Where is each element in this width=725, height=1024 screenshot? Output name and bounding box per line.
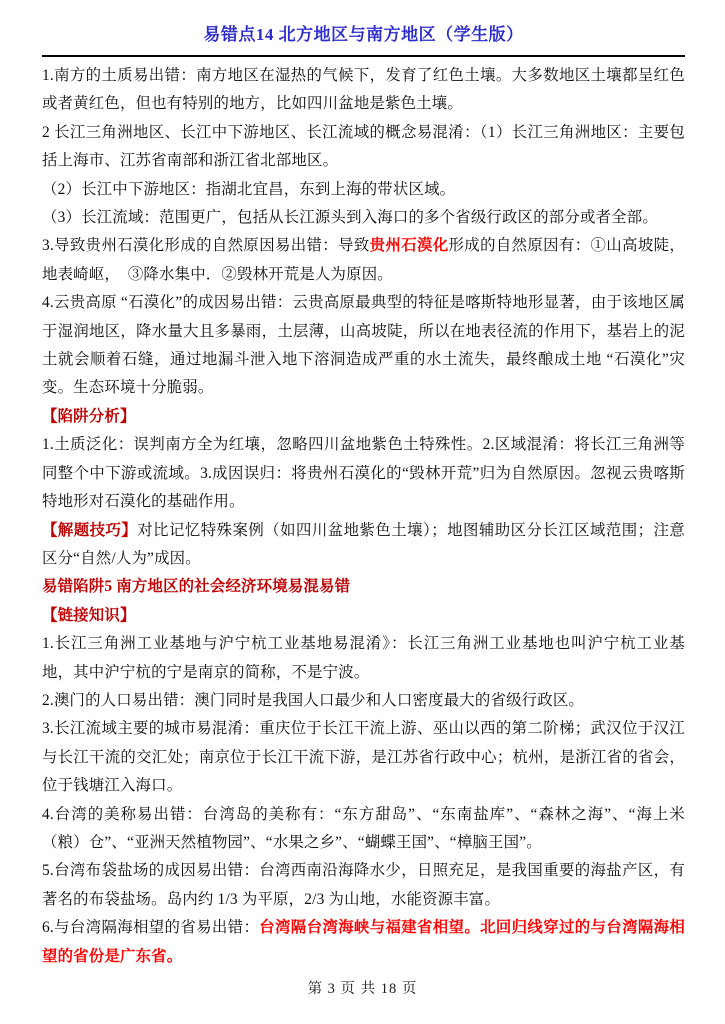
paragraph-taiwan-saltfield: 5.台湾布袋盐场的成因易出错：台湾西南沿海降水少，日照充足，是我国重要的海盐产区…: [42, 857, 685, 914]
paragraph-macau-population: 2.澳门的人口易出错：澳门同时是我国人口最少和人口密度最大的省级行政区。: [42, 687, 685, 715]
paragraph-taiwan-nicknames: 4.台湾的美称易出错：台湾岛的美称有：“东方甜岛”、“东南盐库”、“森林之海”、…: [42, 801, 685, 858]
paragraph-solving-tips: 【解题技巧】对比记忆特殊案例（如四川盆地紫色土壤）；地图辅助区分长江区域范围；注…: [42, 517, 685, 574]
page-title: 易错点14 北方地区与南方地区（学生版）: [42, 20, 685, 45]
paragraph-yangtze-concepts: 2 长江三角洲地区、长江中下游地区、长江流域的概念易混淆：（1）长江三角洲地区：…: [42, 119, 685, 176]
section-header-linked-knowledge: 【链接知识】: [42, 602, 685, 630]
paragraph-yungui-plateau: 4.云贵高原 “石漠化”的成因易出错：云贵高原最典型的特征是喀斯特地形显著，由于…: [42, 289, 685, 403]
document-page: 易错点14 北方地区与南方地区（学生版） 1.南方的土质易出错：南方地区在湿热的…: [0, 0, 725, 1024]
paragraph-yangtze-basin: （3）长江流域：范围更广，包括从长江源头到入海口的多个省级行政区的部分或者全部。: [42, 204, 685, 232]
paragraph-soil: 1.南方的土质易出错：南方地区在湿热的气候下，发育了红色土壤。大多数地区土壤都呈…: [42, 62, 685, 119]
paragraph-yangtze-middle-lower: （2）长江中下游地区：指湖北宜昌，东到上海的带状区域。: [42, 176, 685, 204]
section-header-trap-analysis: 【陷阱分析】: [42, 403, 685, 431]
guizhou-prefix-text: 3.导致贵州石漠化形成的自然原因易出错：导致: [42, 237, 370, 254]
page-number: 第 3 页 共 18 页: [0, 977, 725, 998]
taiwan-province-prefix: 6.与台湾隔海相望的省易出错：: [42, 919, 259, 936]
paragraph-taiwan-province: 6.与台湾隔海相望的省易出错：台湾隔台湾海峡与福建省相望。北回归线穿过的与台湾隔…: [42, 914, 685, 971]
guizhou-highlight-text: 贵州石漠化: [370, 237, 449, 254]
paragraph-yangtze-cities: 3.长江流域主要的城市易混淆：重庆位于长江干流上游、巫山以西的第二阶梯；武汉位于…: [42, 715, 685, 800]
section-header-trap-5: 易错陷阱5 南方地区的社会经济环境易混易错: [42, 573, 685, 601]
paragraph-delta-industrial-base: 1.长江三角洲工业基地与沪宁杭工业基地易混淆》：长江三角洲工业基地也叫沪宁杭工业…: [42, 630, 685, 687]
solving-tips-header: 【解题技巧】: [42, 522, 137, 539]
solving-tips-text: 对比记忆特殊案例（如四川盆地紫色土壤）；地图辅助区分长江区域范围；注意区分“自然…: [42, 522, 685, 567]
paragraph-guizhou-rocky: 3.导致贵州石漠化形成的自然原因易出错：导致贵州石漠化形成的自然原因有：①山高坡…: [42, 232, 685, 289]
title-divider: [42, 55, 685, 57]
paragraph-trap-analysis-body: 1.土质泛化：误判南方全为红壤，忽略四川盆地紫色土特殊性。2.区域混淆：将长江三…: [42, 431, 685, 516]
